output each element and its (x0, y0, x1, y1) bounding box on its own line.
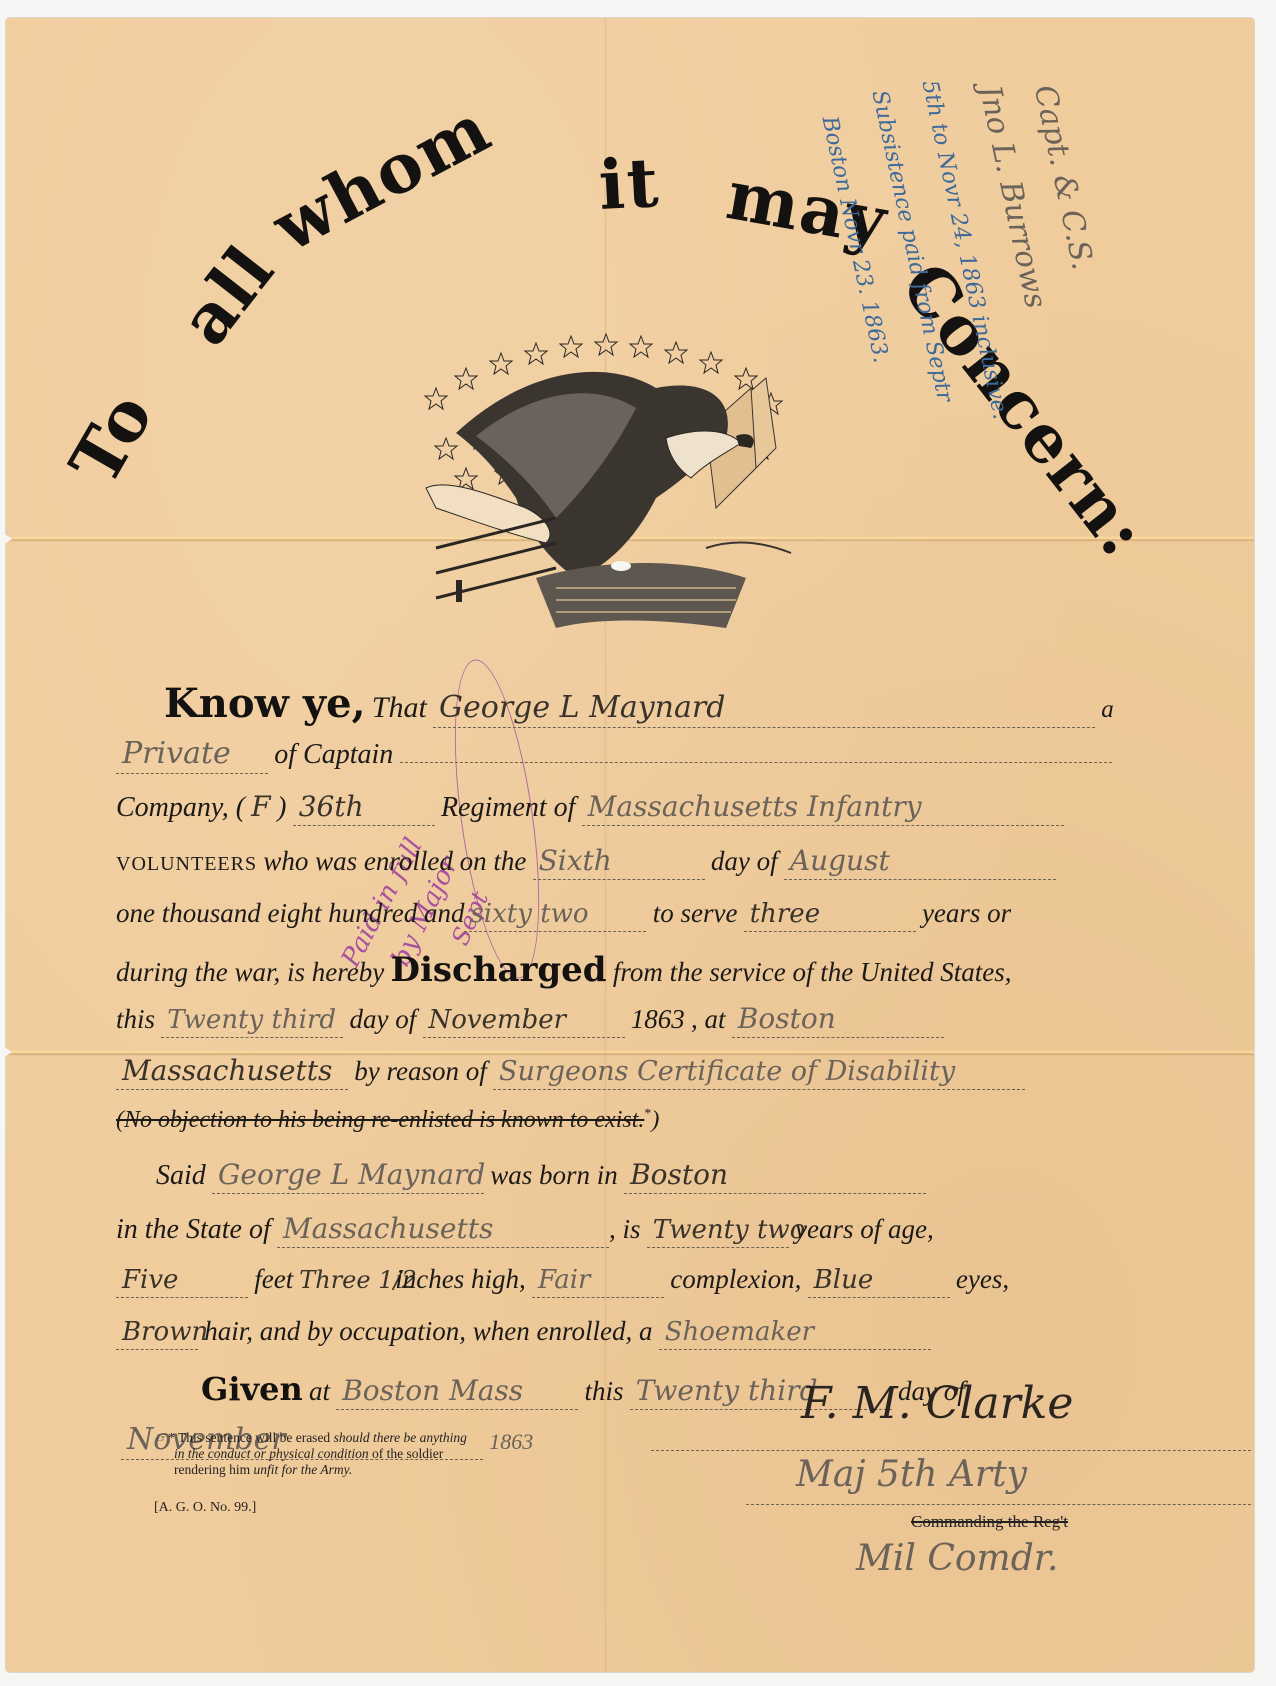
label-at: , at (691, 1004, 726, 1034)
label-given-at: at (309, 1376, 330, 1406)
line-physical: Five feetThree 1/2inches high, Fair comp… (116, 1264, 1096, 1308)
label-complexion: complexion, (670, 1264, 801, 1294)
eagle-with-stars-and-flags-icon (406, 318, 806, 638)
label-years-of-age: years of age, (795, 1214, 934, 1244)
label-regiment-of: Regiment of (441, 792, 576, 823)
field-reason: Surgeons Certificate of Disability (493, 1056, 1025, 1090)
label-that: That (372, 691, 427, 724)
field-eyes: Blue (808, 1265, 950, 1298)
field-age: Twenty two (647, 1215, 789, 1248)
field-discharge-place: Boston (732, 1002, 944, 1038)
label-of-captain: of Captain (274, 739, 393, 770)
field-rank: Private (116, 736, 268, 774)
title-word: whom (260, 88, 504, 268)
field-soldier-name: George L Maynard (433, 690, 1095, 728)
footnote-text: in the conduct or physical condition (174, 1446, 369, 1461)
fold-notch (0, 531, 12, 547)
field-serve-years: three (744, 899, 916, 932)
label-company: Company, ( (116, 792, 245, 823)
line-know-ye: Know ye, That George L Maynard a (164, 680, 1144, 724)
field-enrolled-month: August (784, 844, 1056, 880)
fold-notch (0, 1044, 12, 1060)
label-hair-occupation: hair, and by occupation, when enrolled, … (204, 1316, 652, 1346)
label-in-state-of: in the State of (116, 1214, 271, 1245)
label-years-or: years or (922, 898, 1011, 928)
line-hair-occupation: Brown hair, and by occupation, when enro… (116, 1316, 1096, 1360)
mil-comdr-annotation: Mil Comdr. (856, 1538, 1058, 1579)
field-said-name: George L Maynard (212, 1158, 484, 1194)
field-birth-state: Massachusetts (277, 1212, 609, 1248)
line-state-age: in the State of Massachusetts, is Twenty… (116, 1212, 1096, 1256)
label-day-of: day of (350, 1004, 417, 1034)
line-reason: Massachusetts by reason of Surgeons Cert… (116, 1054, 1096, 1098)
title-line (746, 1504, 1251, 1505)
label-a: a (1101, 696, 1114, 723)
struck-reenlist-sentence: (No objection to his being re-enlisted i… (116, 1107, 644, 1133)
field-hair: Brown (116, 1317, 198, 1350)
know-ye-heading: Know ye, (164, 680, 366, 727)
line-rank: Private of Captain (116, 736, 1096, 780)
label-year-prefix: one thousand eight hundred and (116, 898, 464, 928)
label-day-of: day of (711, 846, 778, 876)
discharged-heading: Discharged (390, 950, 606, 990)
line-enrolled: VOLUNTEERS who was enrolled on the Sixth… (116, 844, 1096, 888)
given-heading: Given (201, 1370, 303, 1408)
field-height-inches: Three 1/2 (293, 1266, 395, 1296)
footnote: ☞* This sentence will be erased should t… (156, 1430, 467, 1478)
label-from-service: from the service of the United States, (613, 957, 1012, 987)
officer-title: Maj 5th Arty (796, 1454, 1027, 1495)
footnote-text: * This sentence will be erased (168, 1430, 333, 1445)
field-discharge-state: Massachusetts (116, 1054, 348, 1090)
line-discharged: during the war, is hereby Discharged fro… (116, 950, 1096, 994)
label-given-this: this (584, 1376, 623, 1406)
field-occupation: Shoemaker (659, 1317, 931, 1350)
line-said: Said George L Maynard was born in Boston (156, 1158, 1136, 1202)
title-word: To (55, 378, 170, 498)
field-discharge-day: Twenty third (161, 1005, 343, 1038)
field-complexion: Fair (532, 1265, 664, 1298)
label-volunteers: VOLUNTEERS (116, 853, 257, 875)
line-discharge-date: this Twenty third day of November 1863 ,… (116, 1002, 1096, 1046)
label-eyes: eyes, (956, 1264, 1009, 1294)
label-by-reason-of: by reason of (354, 1056, 486, 1086)
label-was-born-in: was born in (490, 1160, 618, 1190)
footnote-text: of the soldier (369, 1446, 444, 1461)
title-word: it (597, 143, 662, 226)
title-word: all (165, 231, 291, 360)
discharge-year: 1863 (631, 1004, 685, 1034)
given-year: 1863 (489, 1429, 533, 1454)
field-discharge-month: November (423, 1005, 625, 1038)
field-regiment-name: Massachusetts Infantry (582, 790, 1064, 826)
field-captain-name (400, 760, 1112, 763)
signature-line (651, 1450, 1251, 1451)
field-enrolled-day: Sixth (533, 844, 705, 880)
label-said: Said (156, 1160, 206, 1191)
discharge-certificate-page: To all whom it may Concern: (6, 18, 1254, 1672)
line-enrolled-year: one thousand eight hundred andsixty two … (116, 898, 1096, 942)
label-to-serve: to serve (653, 898, 738, 928)
line-struck-sentence: (No objection to his being re-enlisted i… (116, 1106, 1096, 1150)
label-enrolled: who was enrolled on the (263, 846, 526, 876)
commanding-label-struck: Commanding the Reg't (911, 1512, 1068, 1532)
label-feet: feet (254, 1264, 293, 1294)
label-during-war: during the war, is hereby (116, 957, 384, 987)
label-is: , is (609, 1214, 641, 1244)
label-this: this (116, 1004, 155, 1034)
field-company: F (245, 790, 277, 825)
field-regiment-number: 36th (293, 790, 435, 826)
footnote-text: should there be anything (334, 1430, 467, 1445)
field-enrolled-year: sixty two (464, 899, 646, 932)
pointing-hand-icon: ☞ (156, 1430, 168, 1445)
field-given-place: Boston Mass (336, 1374, 578, 1410)
footnote-text: rendering him (174, 1462, 253, 1477)
form-number: [A. G. O. No. 99.] (154, 1500, 256, 1516)
officer-signature: F. M. Clarke (801, 1378, 1073, 1429)
label-inches-high: inches high, (395, 1264, 525, 1294)
field-height-feet: Five (116, 1265, 248, 1298)
line-company: Company, (F) 36th Regiment of Massachuse… (116, 790, 1096, 834)
footnote-text: unfit for the Army. (253, 1462, 352, 1477)
label-company-close: ) (277, 792, 286, 823)
field-birthplace: Boston (624, 1158, 926, 1194)
